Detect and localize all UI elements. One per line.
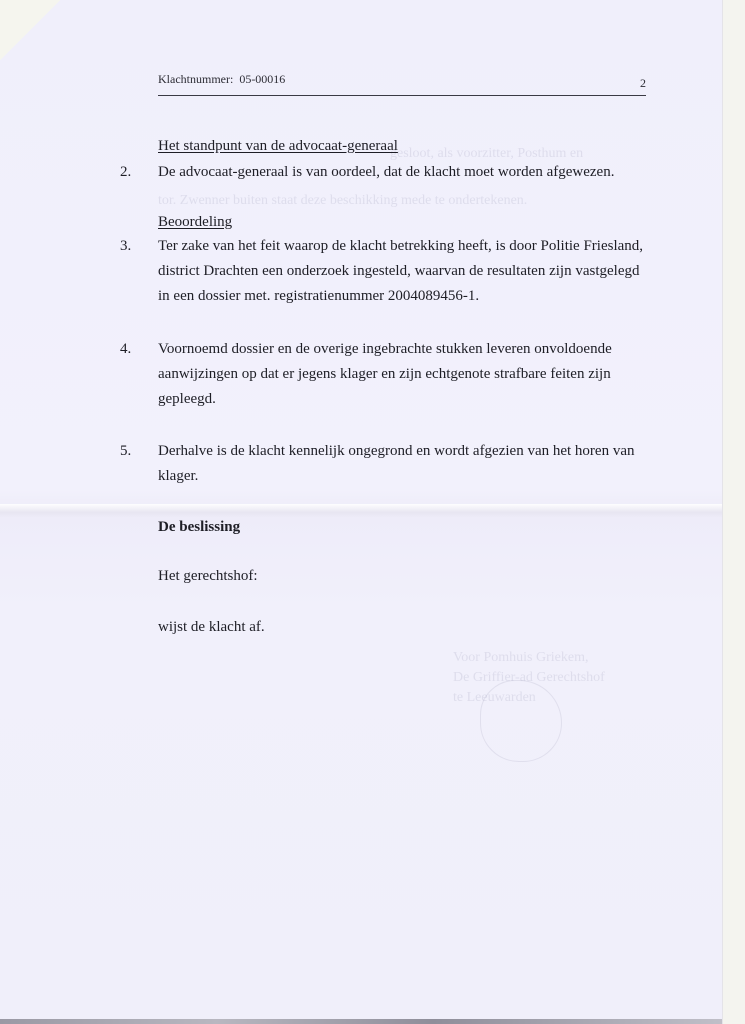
section-heading-decision: De beslissing	[158, 519, 240, 536]
page-number: 2	[640, 76, 646, 91]
paragraph-text: Ter zake van het feit waarop de klacht b…	[158, 238, 643, 255]
document-page: gesloot, als voorzitter, Posthum en tor.…	[0, 0, 722, 1020]
scan-margin-right	[722, 0, 745, 1024]
paragraph-number: 5.	[120, 443, 131, 460]
show-through-signature	[480, 680, 562, 762]
decision-court: Het gerechtshof:	[158, 568, 258, 585]
paragraph-text: klager.	[158, 468, 198, 485]
complaint-number-value: 05-00016	[239, 72, 285, 86]
show-through-text: Voor Pomhuis Griekem,	[453, 650, 588, 666]
paragraph-text: in een dossier met. registratienummer 20…	[158, 288, 479, 305]
decision-ruling: wijst de klacht af.	[158, 619, 265, 636]
complaint-number: Klachtnummer: 05-00016	[158, 72, 285, 87]
paragraph-number: 2.	[120, 164, 131, 181]
paragraph-text: district Drachten een onderzoek ingestel…	[158, 263, 639, 280]
paragraph-number: 4.	[120, 341, 131, 358]
paragraph-text: aanwijzingen op dat er jegens klager en …	[158, 366, 611, 383]
complaint-number-label: Klachtnummer:	[158, 72, 233, 86]
paragraph-number: 3.	[120, 238, 131, 255]
show-through-text: tor. Zwenner buiten staat deze beschikki…	[158, 193, 527, 209]
paragraph-text: gepleegd.	[158, 391, 216, 408]
paragraph-text: Derhalve is de klacht kennelijk ongegron…	[158, 443, 635, 460]
section-heading-assessment: Beoordeling	[158, 214, 232, 231]
show-through-text: gesloot, als voorzitter, Posthum en	[390, 146, 583, 162]
paragraph-text: Voornoemd dossier en de overige ingebrac…	[158, 341, 612, 358]
scan-edge-bottom	[0, 1019, 722, 1024]
section-heading-ag: Het standpunt van de advocaat-generaal	[158, 138, 398, 155]
paragraph-text: De advocaat-generaal is van oordeel, dat…	[158, 164, 614, 181]
header-divider	[158, 95, 646, 96]
folded-corner	[0, 0, 60, 60]
paper-fold-line	[0, 504, 722, 518]
